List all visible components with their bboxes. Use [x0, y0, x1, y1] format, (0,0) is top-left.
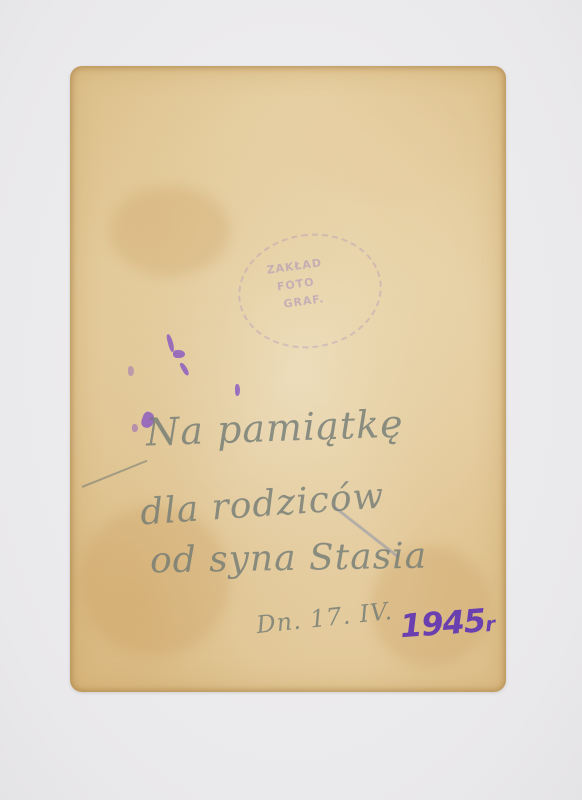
ink-smudge — [173, 350, 185, 358]
inscription-date-prefix: Dn. 17. IV. — [255, 597, 394, 639]
year-suffix: r — [484, 612, 495, 637]
inscription-line-1: Na pamiątkę — [145, 402, 404, 455]
stamp-line: ZAKŁAD — [266, 256, 323, 277]
inscription-year: 1945r — [399, 601, 495, 645]
year-value: 1945 — [399, 601, 487, 645]
stamp-line: FOTO — [276, 275, 315, 293]
photo-scene: ZAKŁAD FOTO GRAF. Na pamiątkę dla rodzic… — [0, 0, 582, 800]
ink-smudge — [132, 424, 138, 432]
faded-studio-stamp: ZAKŁAD FOTO GRAF. — [231, 225, 389, 358]
pencil-stroke — [82, 460, 147, 488]
stamp-line: GRAF. — [283, 292, 326, 311]
photo-card-back: ZAKŁAD FOTO GRAF. Na pamiątkę dla rodzic… — [70, 66, 506, 692]
ink-smudge — [235, 384, 240, 396]
ink-smudge — [128, 366, 134, 376]
ink-smudge — [179, 362, 190, 377]
inscription-line-2: dla rodziców — [139, 476, 386, 534]
age-stain — [300, 96, 460, 196]
inscription-line-3: od syna Stasia — [150, 536, 428, 582]
age-stain — [110, 186, 230, 276]
